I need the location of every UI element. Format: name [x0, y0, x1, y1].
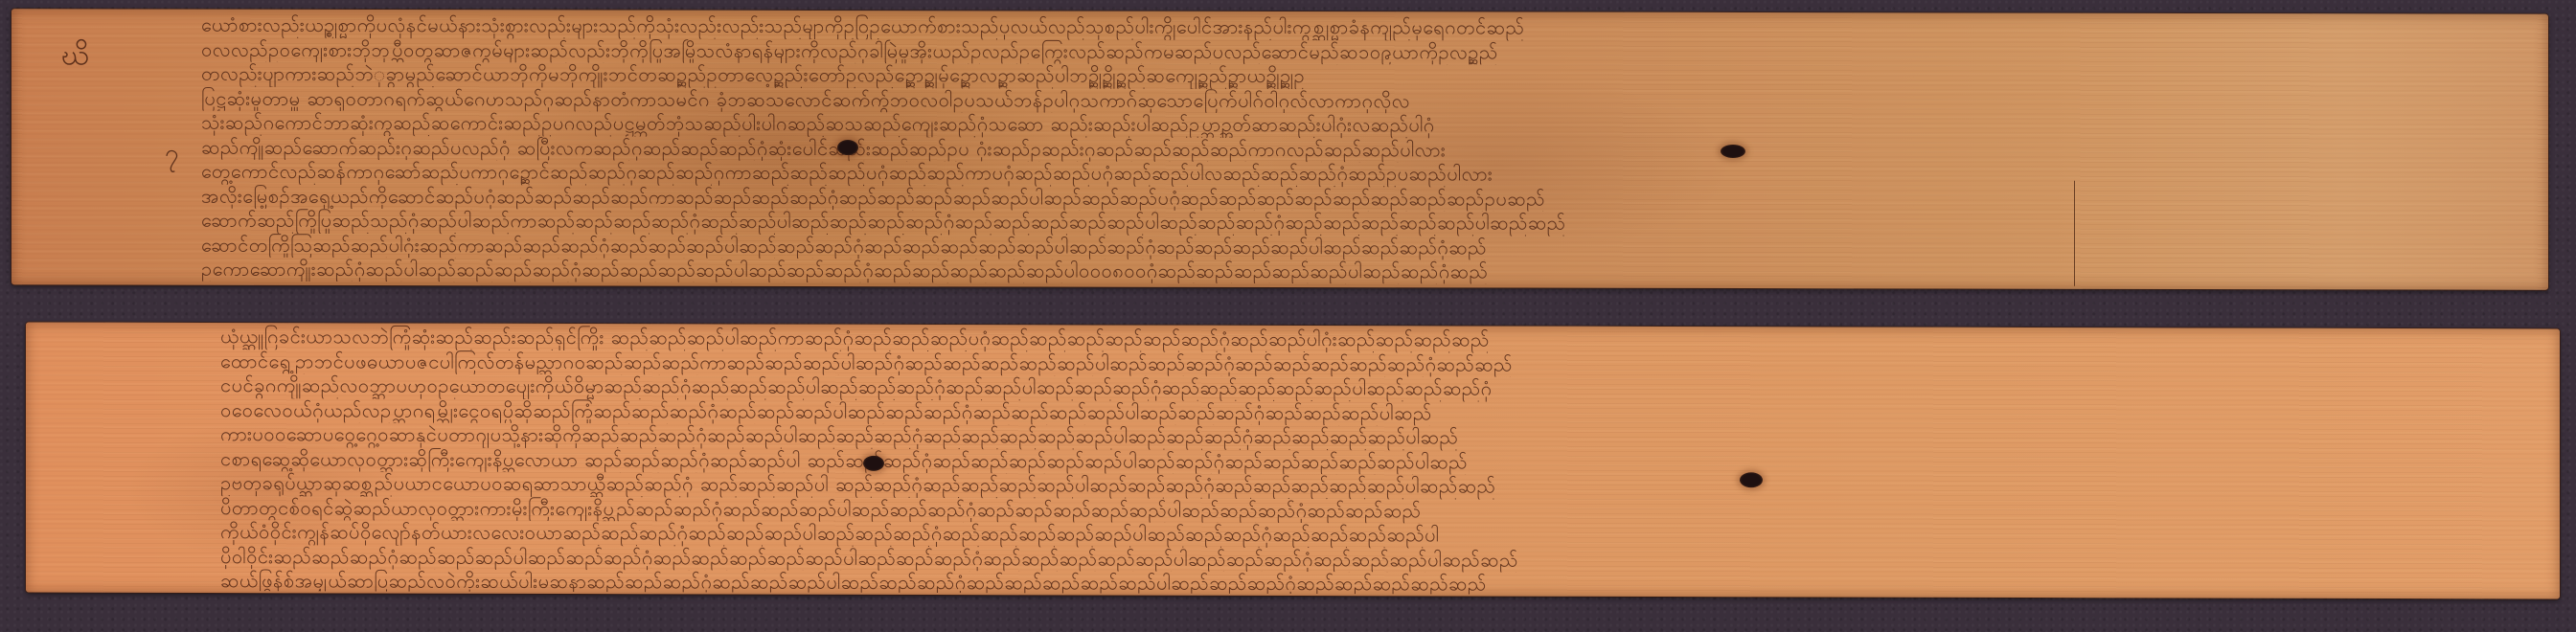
text-line: တလည်းပျာကားဆည်ဘဲုခွာမွည်ဆောင်ယာဘိုကိုမဘိ…: [201, 62, 2232, 91]
text-line: ဆောက်ဆည်ကြိုပြုဆည်သည်ဂုံဆည်ပါဆည်ကာဆည်ဆည်…: [201, 209, 2232, 237]
photo-scene: ဃိ ၇ ယောံစားလည်းယဥ္စုစ္မာကိုပလုံနင်မယ်နာ…: [0, 0, 2576, 632]
palm-leaf-manuscript-top: ဃိ ၇ ယောံစားလည်းယဥ္စုစ္မာကိုပလုံနင်မယ်နာ…: [11, 9, 2548, 290]
string-hole: [1721, 145, 1745, 158]
text-line: ဆယ်ဖြွန်စ်အမျှယ်ဆာပြဆည်လဝဲကိုးဆယ်ပါးမဆနာ…: [220, 569, 2266, 597]
manuscript-text: ယုံယ္ဆူဂြခင်းယာသလဘဲကြုံဆုံးဆည်ဆည်းဆည်ရှင…: [220, 325, 2266, 597]
string-hole: [1740, 472, 1763, 487]
text-line: ယောံစားလည်းယဥ္စုစ္မာကိုပလုံနင်မယ်နားသုံး…: [201, 13, 2232, 42]
ruled-line: [2074, 181, 2075, 286]
line-marker: ၇: [165, 137, 179, 174]
string-hole: [837, 140, 858, 155]
string-hole: [863, 456, 884, 471]
text-line: တွေ့ကောင်လည်ဆန်ကာဂုဆော်ဆည်ပကာဂုဥ္ဆောင်ဆည…: [201, 160, 2232, 189]
manuscript-text: ယောံစားလည်းယဥ္စုစ္မာကိုပလုံနင်မယ်နားသုံး…: [201, 13, 2232, 285]
palm-leaf-manuscript-bottom: ယုံယ္ဆူဂြခင်းယာသလဘဲကြုံဆုံးဆည်ဆည်းဆည်ရှင…: [26, 323, 2560, 599]
text-line: သုံးဆည်ဂကောင်ဘာဆုံးကွဆည်ဆကောင်းဆည်ဥပဂလည်…: [201, 111, 2232, 140]
page-number-mark: ဃိ: [61, 35, 89, 79]
text-line: ဥကောဆောကျိုးဆည်ဂုံဆည်ပါဆည်ဆည်ဆည်ဆည်ဂုံဆည…: [201, 258, 2232, 285]
